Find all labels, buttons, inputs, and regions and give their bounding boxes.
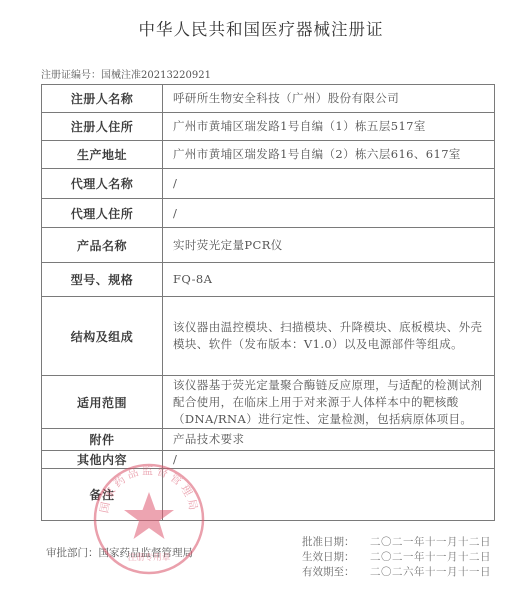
approval-date-value: 二〇二一年十一月十二日 [370, 535, 491, 550]
row-label: 适用范围 [42, 376, 163, 429]
table-row: 备注 [42, 469, 495, 521]
row-label: 型号、规格 [42, 263, 163, 297]
registration-number-value: 国械注准20213220921 [101, 70, 211, 81]
row-value [163, 469, 495, 521]
row-value: / [163, 199, 495, 228]
table-row: 结构及组成 该仪器由温控模块、扫描模块、升降模块、底板模块、外壳模块、软件（发布… [42, 297, 495, 376]
approval-date-label: 批准日期： [302, 535, 370, 550]
table-row: 注册人住所 广州市黄埔区瑞发路1号自编（1）栋五层517室 [42, 113, 495, 141]
row-label: 注册人住所 [42, 113, 163, 141]
row-label: 代理人住所 [42, 199, 163, 228]
table-row: 其他内容 / [42, 451, 495, 469]
effective-date-label: 生效日期： [302, 550, 370, 565]
row-value: 该仪器由温控模块、扫描模块、升降模块、底板模块、外壳模块、软件（发布版本：V1.… [163, 297, 495, 376]
table-row: 注册人名称 呼研所生物安全科技（广州）股份有限公司 [42, 85, 495, 113]
row-label: 备注 [42, 469, 163, 521]
table-row: 型号、规格 FQ-8A [42, 263, 495, 297]
effective-date-value: 二〇二一年十一月十二日 [370, 550, 491, 565]
row-label: 代理人名称 [42, 169, 163, 199]
row-value: 呼研所生物安全科技（广州）股份有限公司 [163, 85, 495, 113]
row-value: 实时荧光定量PCR仪 [163, 228, 495, 263]
row-label: 附件 [42, 429, 163, 451]
row-value: / [163, 451, 495, 469]
row-value: 产品技术要求 [163, 429, 495, 451]
expiry-date-row: 有效期至： 二〇二六年十一月十一日 [302, 565, 491, 580]
certificate-table: 注册人名称 呼研所生物安全科技（广州）股份有限公司 注册人住所 广州市黄埔区瑞发… [41, 84, 495, 521]
expiry-date-value: 二〇二六年十一月十一日 [370, 565, 491, 580]
table-row: 适用范围 该仪器基于荧光定量聚合酶链反应原理，与适配的检测试剂配合使用，在临床上… [42, 376, 495, 429]
approval-department-label: 审批部门： [46, 547, 99, 559]
effective-date-row: 生效日期： 二〇二一年十一月十二日 [302, 550, 491, 565]
date-block: 批准日期： 二〇二一年十一月十二日 生效日期： 二〇二一年十一月十二日 有效期至… [302, 535, 491, 580]
row-value: FQ-8A [163, 263, 495, 297]
row-value: 该仪器基于荧光定量聚合酶链反应原理，与适配的检测试剂配合使用，在临床上用于对来源… [163, 376, 495, 429]
row-label: 其他内容 [42, 451, 163, 469]
row-value: 广州市黄埔区瑞发路1号自编（1）栋五层517室 [163, 113, 495, 141]
registration-number: 注册证编号：国械注准20213220921 [41, 66, 211, 81]
approval-date-row: 批准日期： 二〇二一年十一月十二日 [302, 535, 491, 550]
approval-department: 审批部门：国家药品监督管理局 [46, 545, 193, 560]
row-value: 广州市黄埔区瑞发路1号自编（2）栋六层616、617室 [163, 141, 495, 169]
document-title: 中华人民共和国医疗器械注册证 [0, 16, 522, 40]
row-label: 结构及组成 [42, 297, 163, 376]
row-label: 产品名称 [42, 228, 163, 263]
table-row: 代理人名称 / [42, 169, 495, 199]
registration-number-label: 注册证编号： [41, 70, 101, 81]
table-row: 产品名称 实时荧光定量PCR仪 [42, 228, 495, 263]
row-label: 注册人名称 [42, 85, 163, 113]
row-label: 生产地址 [42, 141, 163, 169]
table-row: 生产地址 广州市黄埔区瑞发路1号自编（2）栋六层616、617室 [42, 141, 495, 169]
expiry-date-label: 有效期至： [302, 565, 370, 580]
table-row: 代理人住所 / [42, 199, 495, 228]
row-value: / [163, 169, 495, 199]
table-row: 附件 产品技术要求 [42, 429, 495, 451]
approval-department-value: 国家药品监督管理局 [99, 547, 194, 559]
